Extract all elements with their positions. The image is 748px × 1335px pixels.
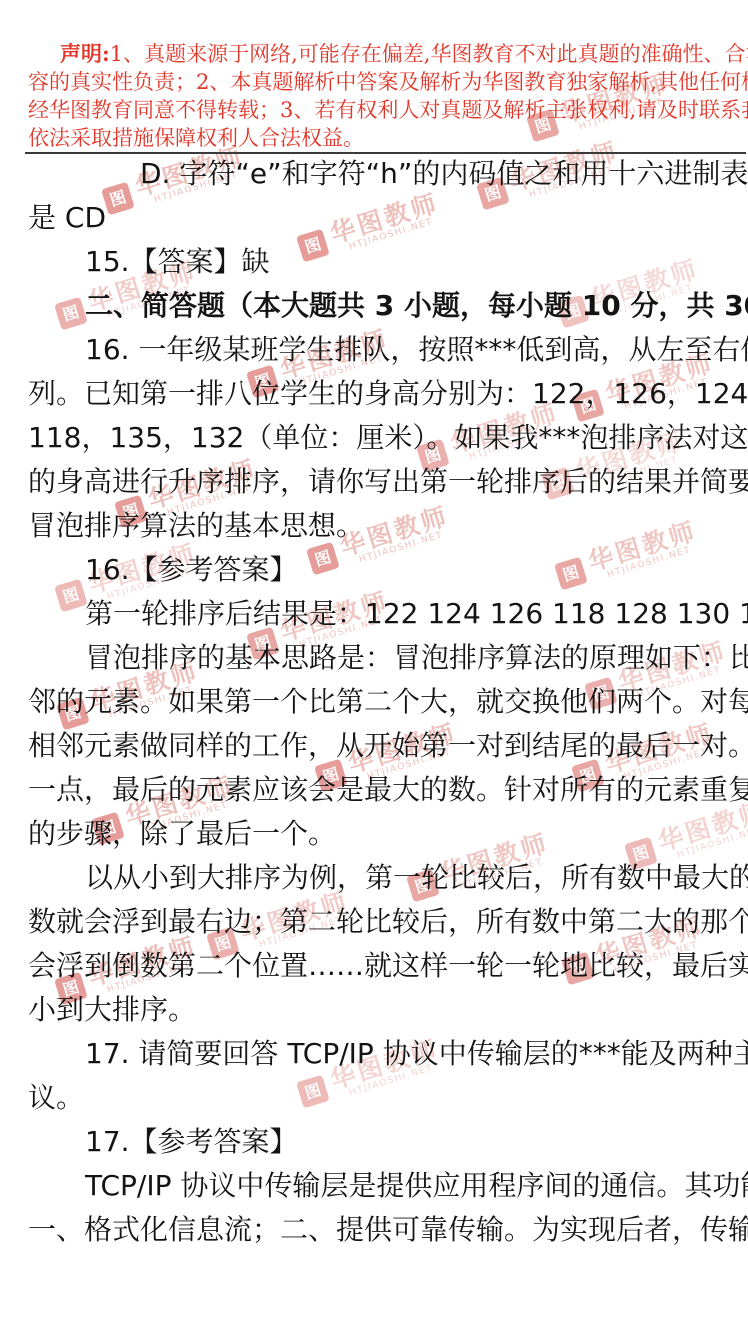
body-line: 以从小到大排序为例，第一轮比较后，所有数中最大的那个 [28, 856, 728, 900]
disclaimer: 声明:1、真题来源于网络,可能存在偏差,华图教育不对此真题的准确性、合法性以及内… [28, 40, 720, 152]
body-line: 冒泡排序的基本思路是：冒泡排序算法的原理如下：比较相 [28, 636, 728, 680]
disclaimer-line: 经华图教育同意不得转载；3、若有权利人对真题及解析主张权利,请及时联系我司,我司… [28, 96, 720, 124]
body-line: 数就会浮到最右边；第二轮比较后，所有数中第二大的那个数就 [28, 900, 728, 944]
body-line: 17. 请简要回答 TCP/IP 协议中传输层的***能及两种主要协 [28, 1032, 728, 1076]
body-line: 议。 [28, 1076, 728, 1120]
document-page: 图华图教师HTJIAOSHI.NET图华图教师HTJIAOSHI.NET图华图教… [0, 0, 748, 1335]
document-body: D. 字符“e”和字符“h”的内码值之和用十六进制表示是 CD15.【答案】缺二… [28, 152, 728, 1252]
body-line: 会浮到倒数第二个位置……就这样一轮一轮地比较，最后实现从 [28, 944, 728, 988]
body-line: 冒泡排序算法的基本思想。 [28, 504, 728, 548]
body-line: 列。已知第一排八位学生的身高分别为：122，126，124，128， [28, 372, 728, 416]
body-line: 的身高进行升序排序，请你写出第一轮排序后的结果并简要说明 [28, 460, 728, 504]
body-line: 15.【答案】缺 [28, 240, 728, 284]
disclaimer-line: 容的真实性负责；2、本真题解析中答案及解析为华图教育独家解析,其他任何机构及个人… [28, 68, 720, 96]
body-line: 小到大排序。 [28, 988, 728, 1032]
body-line: 第一轮排序后结果是：122 124 126 118 128 130 132 13… [28, 592, 728, 636]
body-line: D. 字符“e”和字符“h”的内码值之和用十六进制表示 [28, 152, 728, 196]
body-line: 17.【参考答案】 [28, 1120, 728, 1164]
body-line: 一点，最后的元素应该会是最大的数。针对所有的元素重复以上 [28, 768, 728, 812]
disclaimer-line: 声明:1、真题来源于网络,可能存在偏差,华图教育不对此真题的准确性、合法性以及内 [28, 40, 720, 68]
body-line: TCP/IP 协议中传输层是提供应用程序间的通信。其功能包括： [28, 1164, 728, 1208]
disclaimer-label: 声明: [60, 41, 110, 66]
body-line: 的步骤，除了最后一个。 [28, 812, 728, 856]
body-line: 邻的元素。如果第一个比第二个大，就交换他们两个。对每一对 [28, 680, 728, 724]
disclaimer-line: 依法采取措施保障权利人合法权益。 [28, 124, 720, 152]
body-line: 16.【参考答案】 [28, 548, 728, 592]
body-line: 相邻元素做同样的工作，从开始第一对到结尾的最后一对。在这 [28, 724, 728, 768]
body-line: 一、格式化信息流；二、提供可靠传输。为实现后者，传输层协 [28, 1208, 728, 1252]
body-line: 是 CD [28, 196, 728, 240]
body-line: 118，135，132（单位：厘米）。如果我***泡排序法对这八位学生 [28, 416, 728, 460]
body-line: 16. 一年级某班学生排队，按照***低到高，从左至右依次排 [28, 328, 728, 372]
body-line: 二、简答题（本大题共 3 小题，每小题 10 分，共 30 分） [28, 284, 728, 328]
